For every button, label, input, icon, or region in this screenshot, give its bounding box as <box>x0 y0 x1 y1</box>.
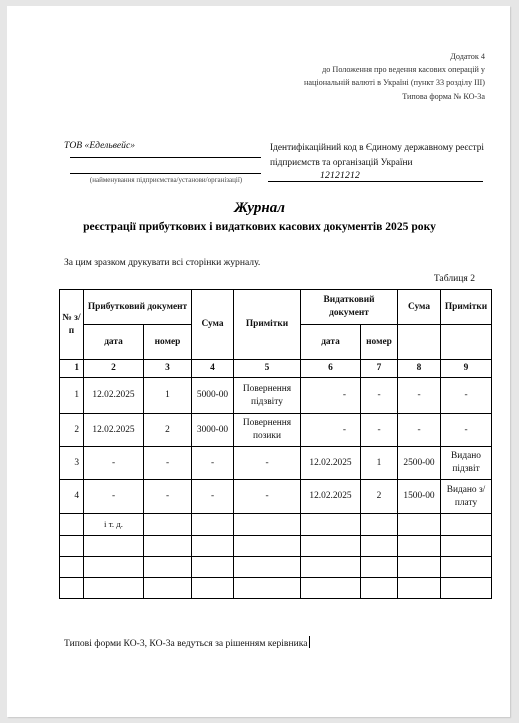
cell-empty[interactable] <box>441 514 492 536</box>
appendix-block: Додаток 4 до Положення про ведення касов… <box>245 50 485 103</box>
cell-etc[interactable]: і т. д. <box>84 514 144 536</box>
appendix-line: національній валюті в Україні (пункт 33 … <box>245 76 485 89</box>
footer-note[interactable]: Типові форми КО-3, КО-3а ведуться за ріш… <box>64 636 310 649</box>
cell-expense-notes[interactable]: Видано підзвіт <box>441 447 492 480</box>
cell-income-notes[interactable]: Повернення підзвіту <box>234 378 301 414</box>
cell-income-sum[interactable]: - <box>192 480 234 514</box>
header-expense-number: номер <box>361 325 398 360</box>
cell-empty[interactable] <box>441 578 492 599</box>
header-no: № з/п <box>60 290 84 360</box>
identification-code-underline <box>268 181 483 182</box>
cell-empty[interactable] <box>84 557 144 578</box>
cell-empty[interactable] <box>398 578 441 599</box>
cell-empty[interactable] <box>441 536 492 557</box>
appendix-line: до Положення про ведення касових операці… <box>245 63 485 76</box>
cell-no[interactable]: 4 <box>60 480 84 514</box>
cell-empty[interactable] <box>192 557 234 578</box>
cell-income-number[interactable]: - <box>144 447 192 480</box>
cell-expense-date[interactable]: - <box>301 414 361 447</box>
cell-empty[interactable] <box>192 578 234 599</box>
cell-empty[interactable] <box>60 536 84 557</box>
cell-empty[interactable] <box>144 578 192 599</box>
column-number: 5 <box>234 360 301 378</box>
appendix-line: Додаток 4 <box>245 50 485 63</box>
header-expense-sum: Сума <box>398 290 441 325</box>
cell-income-date[interactable]: - <box>84 480 144 514</box>
column-number: 2 <box>84 360 144 378</box>
cell-empty[interactable] <box>301 578 361 599</box>
cell-expense-notes[interactable]: Видано з/плату <box>441 480 492 514</box>
cell-expense-date[interactable]: 12.02.2025 <box>301 447 361 480</box>
header-income-doc: Прибутковий документ <box>84 290 192 325</box>
header-row-1: № з/п Прибутковий документ Сума Примітки… <box>60 290 492 325</box>
print-note: За цим зразком друкувати всі сторінки жу… <box>64 257 260 268</box>
journal-table: № з/п Прибутковий документ Сума Примітки… <box>59 289 492 599</box>
header-income-date: дата <box>84 325 144 360</box>
cell-empty[interactable] <box>398 514 441 536</box>
cell-expense-number[interactable]: - <box>361 378 398 414</box>
cell-empty[interactable] <box>398 536 441 557</box>
table-row: 4 - - - - 12.02.2025 2 1500-00 Видано з/… <box>60 480 492 514</box>
cell-income-number[interactable]: 2 <box>144 414 192 447</box>
table-row-empty <box>60 557 492 578</box>
cell-expense-sum[interactable]: - <box>398 378 441 414</box>
column-number: 3 <box>144 360 192 378</box>
cell-empty[interactable] <box>361 578 398 599</box>
cell-empty[interactable] <box>301 536 361 557</box>
column-number: 9 <box>441 360 492 378</box>
cell-empty[interactable] <box>192 514 234 536</box>
header-expense-sum-empty <box>398 325 441 360</box>
cell-no[interactable]: 2 <box>60 414 84 447</box>
cell-expense-number[interactable]: 2 <box>361 480 398 514</box>
cell-empty[interactable] <box>361 536 398 557</box>
table-row: 1 12.02.2025 1 5000-00 Повернення підзві… <box>60 378 492 414</box>
cell-income-sum[interactable]: - <box>192 447 234 480</box>
cell-income-notes[interactable]: - <box>234 447 301 480</box>
cell-empty[interactable] <box>398 557 441 578</box>
column-number: 4 <box>192 360 234 378</box>
cell-no[interactable]: 1 <box>60 378 84 414</box>
cell-income-notes[interactable]: - <box>234 480 301 514</box>
header-expense-doc: Видатковий документ <box>301 290 398 325</box>
cell-empty[interactable] <box>84 578 144 599</box>
cell-expense-date[interactable]: - <box>301 378 361 414</box>
cell-empty[interactable] <box>144 536 192 557</box>
cell-empty[interactable] <box>234 578 301 599</box>
column-numbers-row: 1 2 3 4 5 6 7 8 9 <box>60 360 492 378</box>
header-expense-notes-empty <box>441 325 492 360</box>
cell-empty[interactable] <box>60 557 84 578</box>
cell-income-date[interactable]: - <box>84 447 144 480</box>
appendix-line: Типова форма № КО-3а <box>245 90 485 103</box>
cell-empty[interactable] <box>144 557 192 578</box>
header-income-number: номер <box>144 325 192 360</box>
org-name-underline <box>70 157 261 158</box>
cell-income-sum[interactable]: 3000-00 <box>192 414 234 447</box>
header-expense-date: дата <box>301 325 361 360</box>
table-row: 2 12.02.2025 2 3000-00 Повернення позики… <box>60 414 492 447</box>
cell-empty[interactable] <box>301 557 361 578</box>
column-number: 1 <box>60 360 84 378</box>
cell-no[interactable] <box>60 514 84 536</box>
cell-income-sum[interactable]: 5000-00 <box>192 378 234 414</box>
cell-income-date[interactable]: 12.02.2025 <box>84 378 144 414</box>
header-income-notes: Примітки <box>234 290 301 360</box>
cell-expense-number[interactable]: - <box>361 414 398 447</box>
cell-empty[interactable] <box>234 514 301 536</box>
cell-empty[interactable] <box>361 514 398 536</box>
header-income-sum: Сума <box>192 290 234 360</box>
column-number: 8 <box>398 360 441 378</box>
cell-empty[interactable] <box>361 557 398 578</box>
table-label: Таблиця 2 <box>434 273 475 284</box>
footer-note-text: Типові форми КО-3, КО-3а ведуться за ріш… <box>64 638 308 649</box>
header-expense-notes: Примітки <box>441 290 492 325</box>
cell-expense-notes[interactable]: - <box>441 378 492 414</box>
cell-empty[interactable] <box>192 536 234 557</box>
table-row-empty <box>60 578 492 599</box>
cell-income-notes[interactable]: Повернення позики <box>234 414 301 447</box>
identification-label: Ідентифікаційний код в Єдиному державном… <box>270 141 490 170</box>
table-row-empty <box>60 536 492 557</box>
cell-empty[interactable] <box>441 557 492 578</box>
identification-code[interactable]: 12121212 <box>320 170 360 181</box>
cell-income-date[interactable]: 12.02.2025 <box>84 414 144 447</box>
journal-title: Журнал <box>0 200 519 217</box>
organization-caption: (найменування підприємства/установи/орга… <box>70 176 262 184</box>
cell-expense-sum[interactable]: 2500-00 <box>398 447 441 480</box>
cell-empty[interactable] <box>60 578 84 599</box>
cell-empty[interactable] <box>234 557 301 578</box>
cell-expense-number[interactable]: 1 <box>361 447 398 480</box>
column-number: 6 <box>301 360 361 378</box>
cell-empty[interactable] <box>234 536 301 557</box>
cell-empty[interactable] <box>84 536 144 557</box>
table-row: і т. д. <box>60 514 492 536</box>
organization-name[interactable]: ТОВ «Едельвейс» <box>64 140 135 151</box>
org-name-underline-2 <box>70 173 261 174</box>
cell-expense-date[interactable]: 12.02.2025 <box>301 480 361 514</box>
cell-income-number[interactable]: 1 <box>144 378 192 414</box>
table-row: 3 - - - - 12.02.2025 1 2500-00 Видано пі… <box>60 447 492 480</box>
text-cursor <box>309 636 310 648</box>
journal-subtitle: реєстрації прибуткових і видаткових касо… <box>0 220 519 233</box>
cell-expense-sum[interactable]: 1500-00 <box>398 480 441 514</box>
column-number: 7 <box>361 360 398 378</box>
cell-expense-notes[interactable]: - <box>441 414 492 447</box>
cell-income-number[interactable]: - <box>144 480 192 514</box>
cell-no[interactable]: 3 <box>60 447 84 480</box>
cell-empty[interactable] <box>301 514 361 536</box>
cell-expense-sum[interactable]: - <box>398 414 441 447</box>
cell-empty[interactable] <box>144 514 192 536</box>
